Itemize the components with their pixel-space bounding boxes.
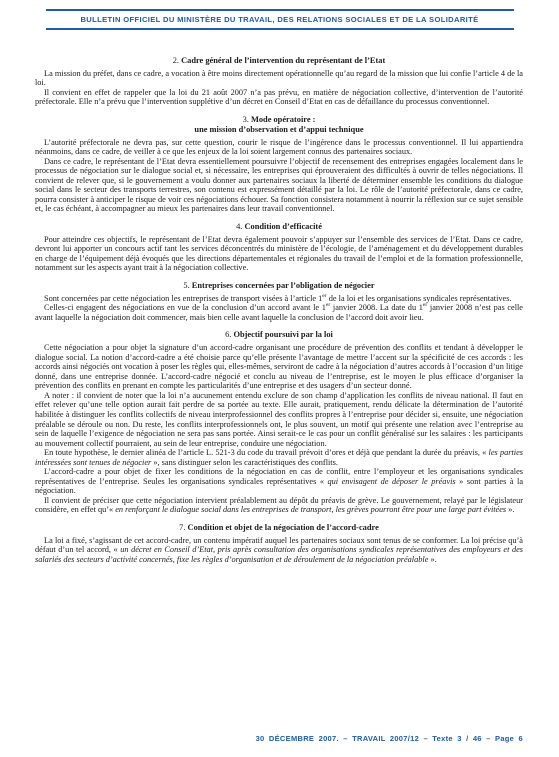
paragraph: Pour atteindre ces objectifs, le représe… [35,235,523,273]
paragraph: Celles-ci engagent des négociations en v… [35,303,523,322]
section-3: 3. Mode opératoire :une mission d’observ… [35,115,523,214]
section-heading: 7. Condition et objet de la négociation … [35,523,523,533]
paragraph: Il convient en effet de rappeler que la … [35,88,523,107]
section-number: 3. [243,115,249,124]
section-heading: 3. Mode opératoire :une mission d’observ… [35,115,523,135]
section-number: 4. [236,222,242,231]
section-5: 5. Entreprises concernées par l’obligati… [35,281,523,322]
document-body: 2. Cadre général de l’intervention du re… [0,30,559,734]
section-heading: 5. Entreprises concernées par l’obligati… [35,281,523,291]
section-number: 2. [173,56,179,65]
paragraph: Dans ce cadre, le représentant de l’Etat… [35,157,523,214]
paragraph: Sont concernées par cette négociation le… [35,294,523,304]
banner: BULLETIN OFFICIEL DU MINISTÈRE DU TRAVAI… [0,9,559,30]
paragraph: La loi a fixé, s’agissant de cet accord-… [35,536,523,565]
section-heading: 2. Cadre général de l’intervention du re… [35,56,523,66]
paragraph: Il convient de préciser que cette négoci… [35,496,523,515]
paragraph: L’autorité préfectorale ne devra pas, su… [35,138,523,157]
section-7: 7. Condition et objet de la négociation … [35,523,523,564]
section-number: 5. [183,281,189,290]
section-title: Condition d’efficacité [244,222,321,231]
paragraph: En toute hypothèse, le dernier alinéa de… [35,448,523,467]
paragraph: Cette négociation a pour objet la signat… [35,343,523,391]
paragraph: A noter : il convient de noter que la lo… [35,391,523,448]
section-6: 6. Objectif poursuivi par la loi Cette n… [35,330,523,515]
section-title: Condition et objet de la négociation de … [188,523,379,532]
section-title-line2: une mission d’observation et d’appui tec… [35,125,523,135]
page-footer: 30 DÉCEMBRE 2007. – TRAVAIL 2007/12 – Te… [0,734,559,757]
section-2: 2. Cadre général de l’intervention du re… [35,56,523,107]
section-heading: 6. Objectif poursuivi par la loi [35,330,523,340]
section-title: Entreprises concernées par l’obligation … [192,281,375,290]
section-number: 7. [179,523,185,532]
section-number: 6. [225,330,231,339]
paragraph: L’accord-cadre a pour objet de fixer les… [35,467,523,496]
banner-rule-top [46,9,514,11]
paragraph: La mission du préfet, dans ce cadre, a v… [35,69,523,88]
section-title: Objectif poursuivi par la loi [233,330,332,339]
section-4: 4. Condition d’efficacité Pour atteindre… [35,222,523,273]
section-heading: 4. Condition d’efficacité [35,222,523,232]
bulletin-page: BULLETIN OFFICIEL DU MINISTÈRE DU TRAVAI… [0,0,559,757]
section-title: Cadre général de l’intervention du repré… [181,56,385,65]
banner-title: BULLETIN OFFICIEL DU MINISTÈRE DU TRAVAI… [20,15,540,24]
section-title: Mode opératoire : [251,115,316,124]
